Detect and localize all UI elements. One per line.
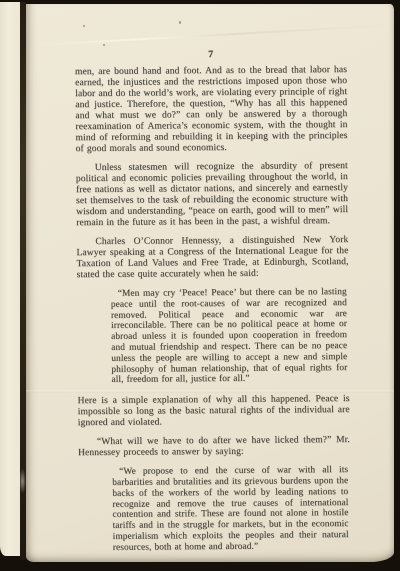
paragraph: Here is a simple explanation of why all … <box>78 394 350 429</box>
block-quote: “Men may cry ‘Peace! Peace’ but there ca… <box>111 287 348 386</box>
crease-line <box>36 24 394 46</box>
binding-smudge <box>19 468 26 494</box>
scanned-book-photo: { "page": { "number": "7", "paragraphs":… <box>0 0 400 571</box>
paper-speck <box>179 21 181 24</box>
page-number: 7 <box>75 48 347 61</box>
printed-text-block: 7 men, are bound hand and foot. And as t… <box>75 48 351 562</box>
adjacent-page-edge <box>0 2 20 556</box>
paragraph: Unless statesmen will recognize the absu… <box>76 161 349 229</box>
paper-speck <box>103 44 105 46</box>
paper-speck <box>83 25 85 27</box>
paragraph: “What will we have to do after we have l… <box>78 435 350 459</box>
paragraph-continued: men, are bound hand and foot. And as to … <box>75 65 348 155</box>
paragraph: Charles O’Connor Hennessy, a distinguish… <box>76 235 348 281</box>
book-page: 7 men, are bound hand and foot. And as t… <box>26 4 394 562</box>
block-quote: “We propose to end the curse of war with… <box>112 465 349 553</box>
